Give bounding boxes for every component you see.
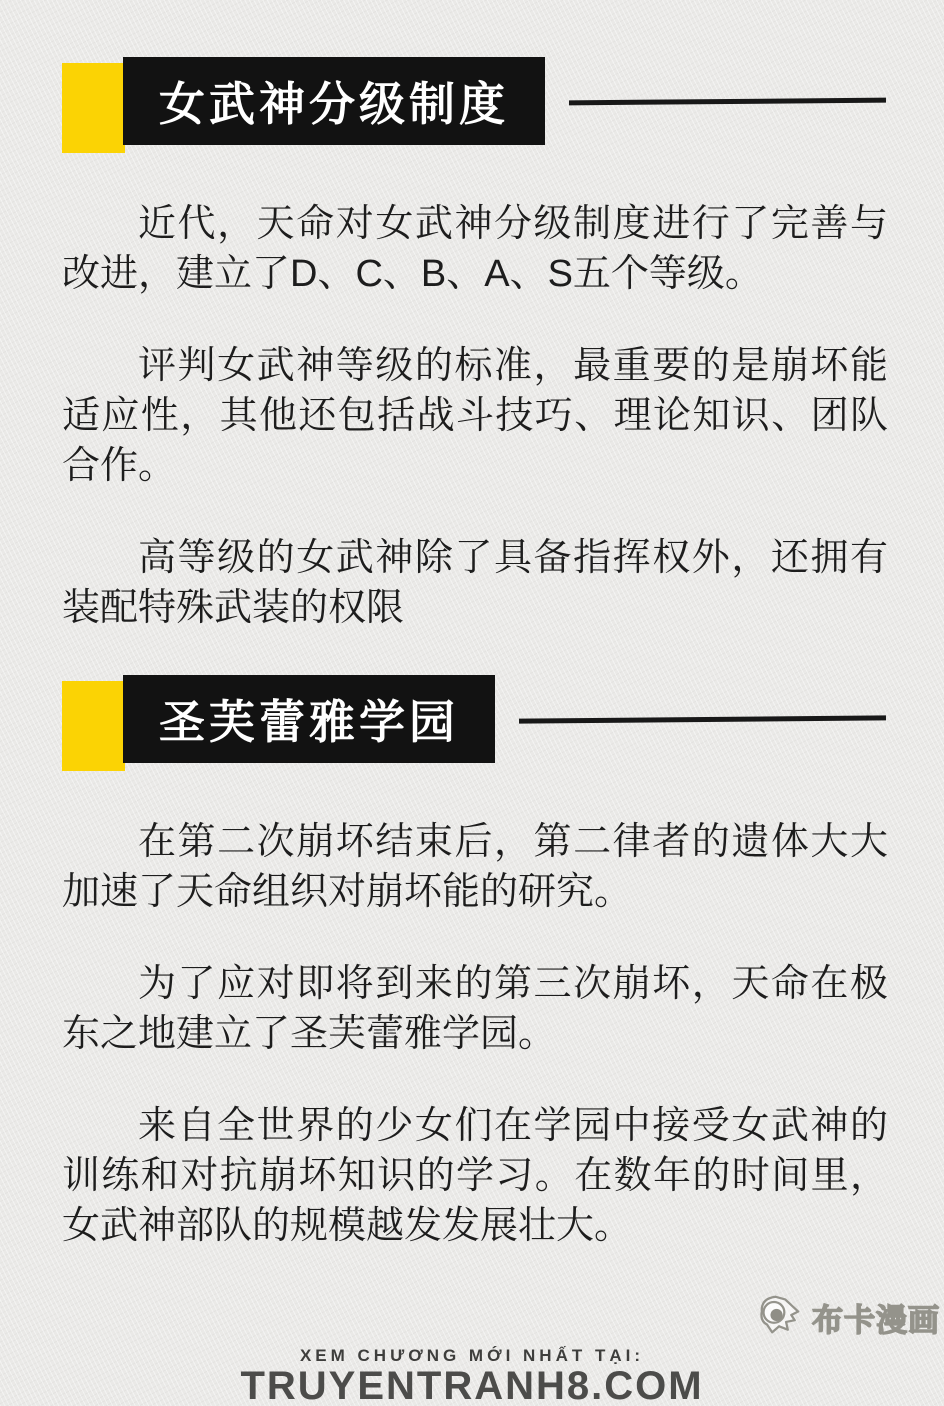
watermark-label: 布卡漫画 — [812, 1295, 940, 1340]
divider-line — [569, 98, 886, 106]
manga-info-page: 女武神分级制度 近代，天命对女武神分级制度进行了完善与改进，建立了D、C、B、A… — [0, 0, 944, 1406]
footer: XEM CHƯƠNG MỚI NHẤT TẠI: TRUYENTRANH8.CO… — [0, 1346, 944, 1406]
paragraph: 高等级的女武神除了具备指挥权外，还拥有装配特殊武装的权限 — [62, 533, 888, 633]
footer-tagline: XEM CHƯƠNG MỚI NHẤT TẠI: — [0, 1346, 944, 1366]
section-header: 圣芙蕾雅学园 — [62, 675, 888, 771]
section-title: 女武神分级制度 — [159, 68, 509, 134]
page-content: 女武神分级制度 近代，天命对女武神分级制度进行了完善与改进，建立了D、C、B、A… — [0, 0, 944, 1251]
paragraph: 在第二次崩坏结束后，第二律者的遗体大大加速了天命组织对崩坏能的研究。 — [62, 817, 888, 917]
paragraph: 评判女武神等级的标准，最重要的是崩坏能适应性，其他还包括战斗技巧、理论知识、团队… — [62, 341, 888, 491]
paragraph: 来自全世界的少女们在学园中接受女武神的训练和对抗崩坏知识的学习。在数年的时间里，… — [62, 1101, 888, 1251]
section-header: 女武神分级制度 — [62, 57, 888, 153]
buka-watermark: 布卡漫画 — [754, 1292, 940, 1343]
paragraph: 为了应对即将到来的第三次崩坏，天命在极东之地建立了圣芙蕾雅学园。 — [62, 959, 888, 1059]
yellow-accent-block — [62, 681, 125, 771]
buka-mascot-icon — [754, 1292, 806, 1343]
section-st-freya-academy: 圣芙蕾雅学园 在第二次崩坏结束后，第二律者的遗体大大加速了天命组织对崩坏能的研究… — [62, 675, 888, 1251]
section-title-banner: 圣芙蕾雅学园 — [123, 675, 495, 763]
footer-site-url: TRUYENTRANH8.COM — [0, 1364, 944, 1406]
yellow-accent-block — [62, 63, 125, 153]
section-title-banner: 女武神分级制度 — [123, 57, 545, 145]
divider-line — [519, 715, 886, 723]
section-valkyrie-ranking: 女武神分级制度 近代，天命对女武神分级制度进行了完善与改进，建立了D、C、B、A… — [62, 57, 888, 633]
paragraph: 近代，天命对女武神分级制度进行了完善与改进，建立了D、C、B、A、S五个等级。 — [62, 199, 888, 299]
section-title: 圣芙蕾雅学园 — [159, 686, 459, 752]
